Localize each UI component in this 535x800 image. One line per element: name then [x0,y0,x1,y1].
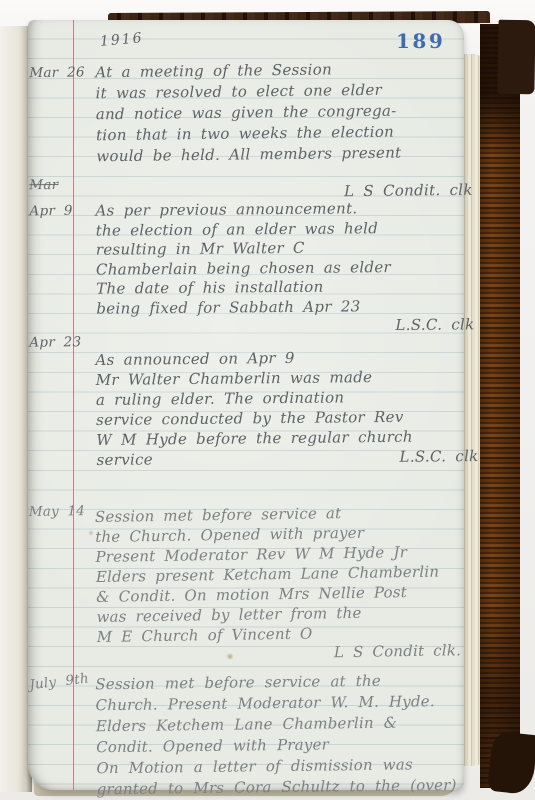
page-number-stamp: 189 [396,29,445,53]
entry-date: Apr 23 [29,332,91,353]
year-label: 1916 [99,30,144,50]
ledger-entry: July 9th Session met before service at t… [95,670,475,800]
entry-date: Apr 9 [29,202,91,222]
clerk-signature: L.S.C. clk [399,446,478,467]
clerk-signature: L.S.C. clk [96,315,474,338]
ledger-entry: Apr 23 As announced on Apr 9 Mr Walter C… [95,346,474,470]
entry-date: Mar 26 [29,62,91,84]
ledger-entry: Mar Apr 9 As per previous announcement. … [95,198,474,338]
entry-line: granted to Mrs Cora Schultz to the (over… [97,775,475,800]
entry-line: would be held. All members present [96,142,474,168]
entry-date: July 9th [28,668,92,696]
book-cover-corner [497,20,535,95]
struck-date: Mar [29,176,91,196]
paper-stain [88,530,94,536]
entry-date: May 14 [29,501,91,522]
ledger-page: 1916 189 Mar 26 At a meeting of the Sess… [28,20,464,790]
book-fore-edge [480,24,520,788]
ledger-entry: Mar 26 At a meeting of the Session it wa… [95,58,475,206]
ledger-entry: May 14 Session met before service at the… [95,501,475,666]
book-cover-bottom-corner [487,731,535,795]
scanned-ledger-photo: 1916 189 Mar 26 At a meeting of the Sess… [0,0,535,800]
